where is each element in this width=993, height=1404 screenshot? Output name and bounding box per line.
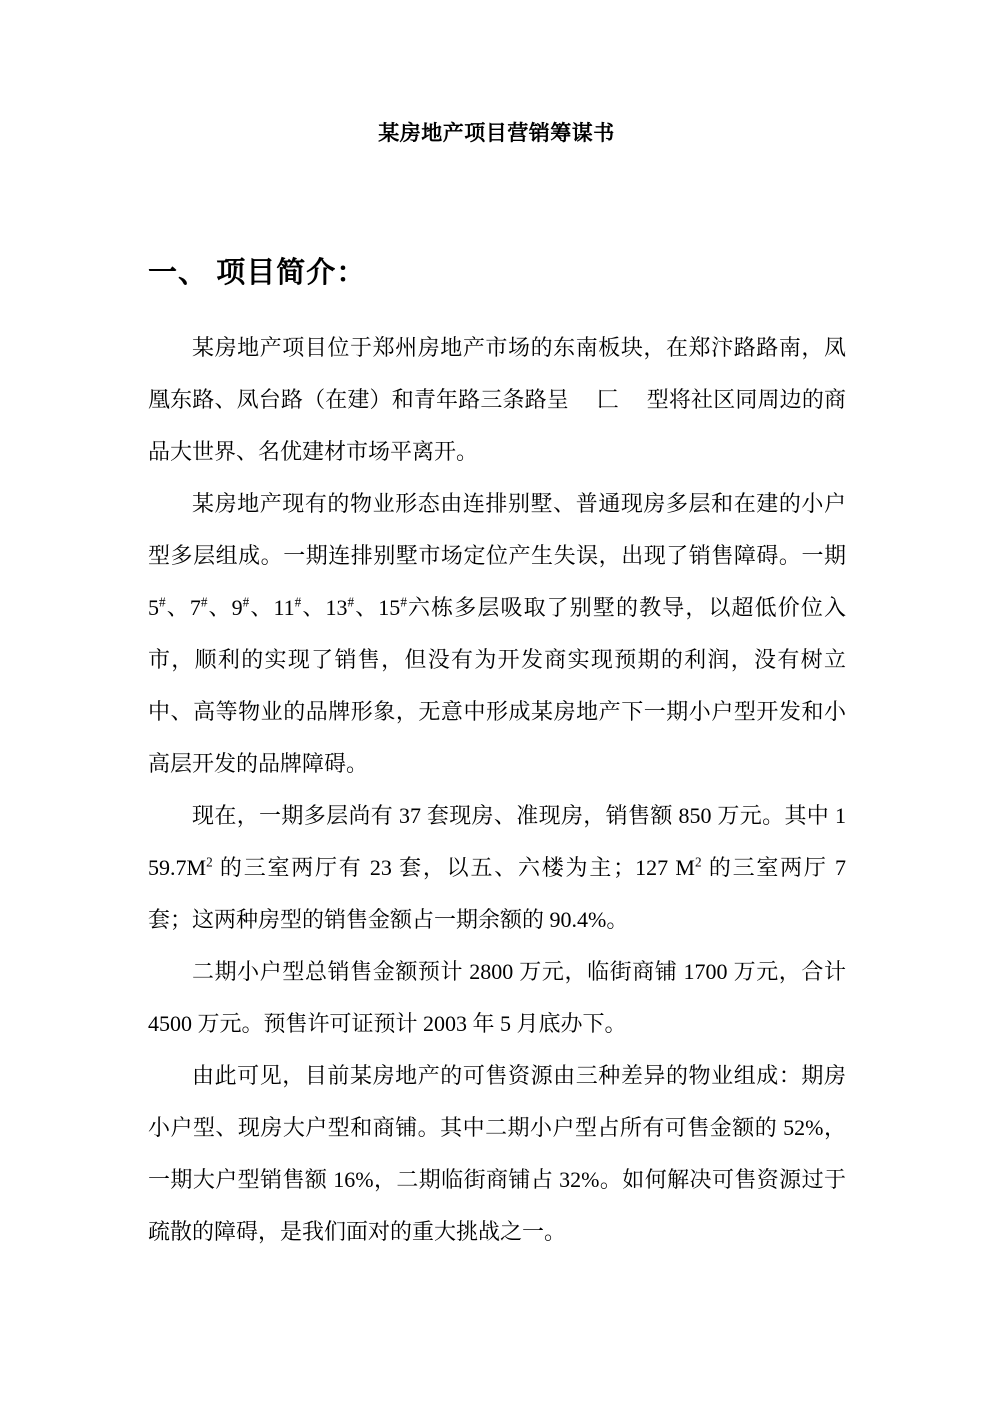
document-body: 某房地产项目位于郑州房地产市场的东南板块，在郑汴路路南，凤凰东路、凤台路（在建）… <box>148 322 846 1258</box>
paragraph: 由此可见，目前某房地产的可售资源由三种差异的物业组成：期房小户型、现房大户型和商… <box>148 1050 846 1258</box>
section-heading: 一、 项目简介： <box>148 250 366 291</box>
paragraph: 某房地产现有的物业形态由连排别墅、普通现房多层和在建的小户型多层组成。一期连排别… <box>148 478 846 790</box>
document-title: 某房地产项目营销筹谋书 <box>0 117 993 147</box>
paragraph: 现在，一期多层尚有 37 套现房、准现房，销售额 850 万元。其中 159.7… <box>148 790 846 946</box>
paragraph: 某房地产项目位于郑州房地产市场的东南板块，在郑汴路路南，凤凰东路、凤台路（在建）… <box>148 322 846 478</box>
document-page: 某房地产项目营销筹谋书 一、 项目简介： 某房地产项目位于郑州房地产市场的东南板… <box>0 0 993 1404</box>
paragraph: 二期小户型总销售金额预计 2800 万元，临街商铺 1700 万元，合计 450… <box>148 946 846 1050</box>
